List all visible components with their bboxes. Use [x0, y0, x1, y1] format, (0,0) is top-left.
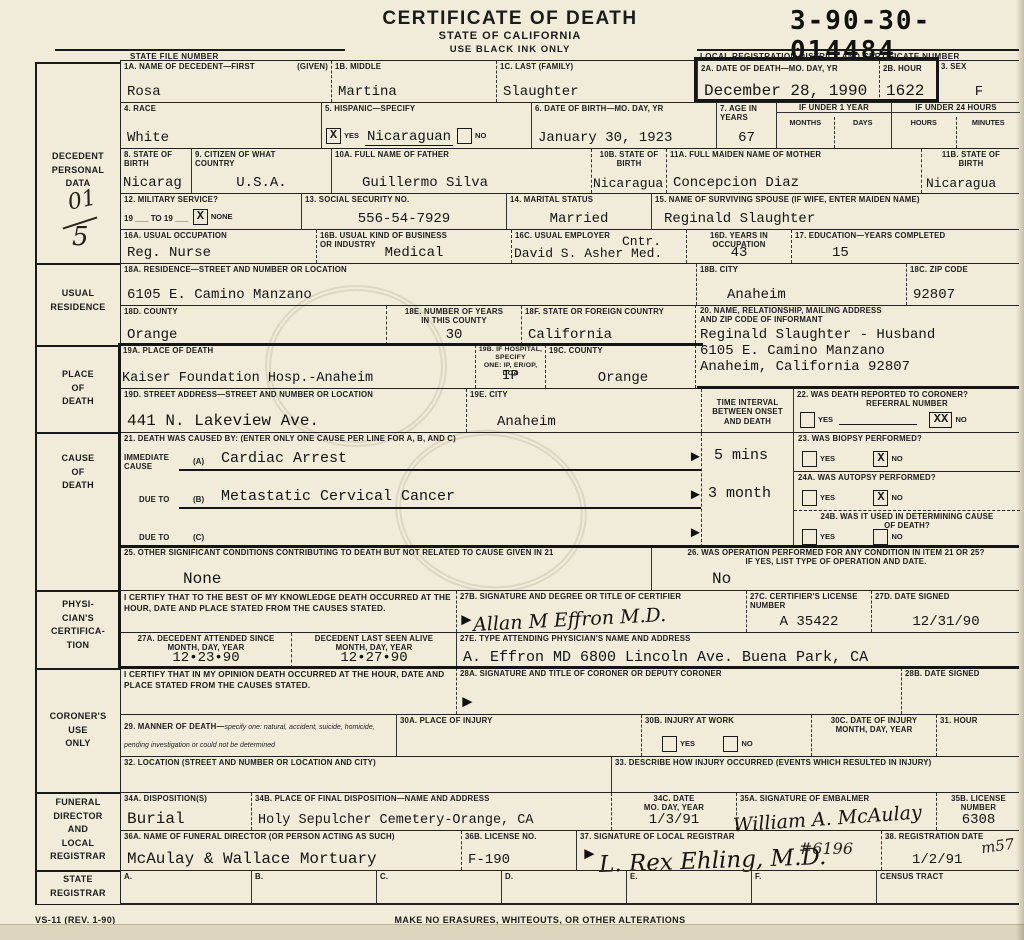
row-manner-of-death: 29. MANNER OF DEATH—specify one: natural…: [120, 714, 1019, 756]
section-label-physician-certification: PHYSI- CIAN'S CERTIFICA- TION: [36, 598, 120, 652]
section-label-decedent-data: DECEDENT PERSONAL DATA: [36, 150, 120, 191]
value-informant-line3: Anaheim, California 92807: [700, 359, 1015, 375]
value-hispanic-specify: Nicaraguan: [365, 129, 453, 146]
thick-border: [118, 343, 121, 668]
military-years: 19 ___ TO 19 ___: [124, 214, 188, 223]
row-place-of-death: 19A. PLACE OF DEATH Kaiser Foundation Ho…: [120, 345, 702, 388]
biopsy-yes-checkbox: [802, 451, 817, 467]
label-34a: 34A. DISPOSITION(S): [124, 794, 248, 803]
label-36a: 36A. NAME OF FUNERAL DIRECTOR (OR PERSON…: [124, 832, 458, 841]
cause-b-underline: [179, 507, 701, 509]
section-label-state-registrar: STATE REGISTRAR: [36, 873, 120, 900]
label-1a-given: (GIVEN): [297, 62, 328, 71]
label-13: 13. SOCIAL SECURITY NO.: [305, 195, 503, 204]
field-7-age: 7. AGE IN YEARS 67: [716, 103, 776, 148]
thick-border: [118, 343, 703, 346]
value-date-signed: 12/31/90: [872, 614, 1020, 630]
value-certifier-license: A 35422: [747, 614, 871, 630]
field-16c-employer: 16C. USUAL EMPLOYER Cntr. David S. Asher…: [511, 230, 686, 263]
field-35b-embalmer-license: 35B. LICENSE NUMBER 6308: [936, 793, 1020, 830]
label-6: 6. DATE OF BIRTH—MO. DAY, YR: [535, 104, 713, 113]
label-under-1-year: IF UNDER 1 YEAR: [777, 103, 891, 113]
label-hours: HOURS: [892, 117, 956, 148]
field-30c-date-of-injury: 30C. DATE OF INJURY MONTH, DAY, YEAR: [811, 715, 936, 756]
value-race: White: [127, 130, 169, 146]
label-8: 8. STATE OF BIRTH: [124, 150, 188, 169]
field-18f-state: 18F. STATE OR FOREIGN COUNTRY California: [521, 306, 696, 345]
label-18f: 18F. STATE OR FOREIGN COUNTRY: [525, 307, 693, 316]
value-director-license: F-190: [468, 852, 510, 868]
label-months: MONTHS: [777, 117, 834, 148]
value-residence-street: 6105 E. Camino Manzano: [127, 287, 312, 303]
value-mother-name: Concepcion Diaz: [673, 175, 799, 191]
label-32: 32. LOCATION (STREET AND NUMBER OR LOCAT…: [124, 758, 608, 767]
thick-border: [697, 386, 1019, 389]
handwritten-mark: 5: [72, 222, 89, 252]
military-none-label: NONE: [211, 212, 233, 221]
value-occupation: Reg. Nurse: [127, 245, 211, 261]
field-9-citizen: 9. CITIZEN OF WHAT COUNTRY U.S.A.: [191, 149, 331, 193]
field-under-1-year: IF UNDER 1 YEAR MONTHSDAYS: [776, 103, 891, 148]
label-due-to-c: DUE TO: [139, 533, 170, 542]
field-34a-disposition: 34A. DISPOSITION(S) Burial: [121, 793, 251, 830]
pointer-arrow-icon: ►: [688, 449, 703, 464]
registrar-box-c: C.: [376, 871, 501, 903]
field-8-state-of-birth: 8. STATE OF BIRTH Nicarag: [121, 149, 191, 193]
label-20: 20. NAME, RELATIONSHIP, MAILING ADDRESS …: [700, 306, 1015, 325]
row-race-birth: 4. RACE White 5. HISPANIC—SPECIFY XYESNi…: [120, 102, 1019, 148]
label-27d: 27D. DATE SIGNED: [875, 592, 1017, 601]
label-under-24-hours: IF UNDER 24 HOURS: [892, 103, 1020, 113]
autopsy-yes-label: YES: [820, 493, 835, 502]
value-citizen: U.S.A.: [192, 175, 331, 191]
value-last-name: Slaughter: [503, 84, 579, 100]
coroner-certify-text: I CERTIFY THAT IN MY OPINION DEATH OCCUR…: [124, 669, 453, 691]
coroner-no-checkbox: XX: [929, 412, 952, 428]
autopsy-yes-checkbox: [802, 490, 817, 506]
field-32-location: 32. LOCATION (STREET AND NUMBER OR LOCAT…: [121, 757, 611, 792]
field-18c-zip: 18C. ZIP CODE 92807: [906, 264, 1020, 305]
field-27c-license: 27C. CERTIFIER'S LICENSE NUMBER A 35422: [746, 591, 871, 632]
label-27c: 27C. CERTIFIER'S LICENSE NUMBER: [750, 592, 868, 611]
value-disposition: Burial: [127, 810, 185, 828]
field-under-24-hours: IF UNDER 24 HOURS HOURSMINUTES: [891, 103, 1020, 148]
label-box-b: B.: [255, 872, 373, 881]
value-place-of-death: Kaiser Foundation Hosp.-Anaheim: [122, 371, 373, 386]
field-26-operation: 26. WAS OPERATION PERFORMED FOR ANY COND…: [651, 547, 1020, 590]
field-28b-coroner-date: 28B. DATE SIGNED: [901, 668, 1020, 714]
row-occupation: 16A. USUAL OCCUPATION Reg. Nurse 16B. US…: [120, 229, 1019, 263]
field-5-hispanic: 5. HISPANIC—SPECIFY XYESNicaraguanNO: [321, 103, 531, 148]
label-immediate-cause: IMMEDIATE CAUSE: [124, 453, 169, 472]
value-disposition-date: 1/3/91: [612, 812, 736, 828]
registrar-box-d: D.: [501, 871, 626, 903]
field-34c-disposition-date: 34C. DATE MO. DAY, YEAR 1/3/91: [611, 793, 736, 830]
label-line-a: (A): [193, 457, 204, 466]
value-death-county: Orange: [546, 370, 700, 386]
label-days: DAYS: [834, 117, 892, 148]
registrar-box-a: A.: [121, 871, 251, 903]
pointer-arrow-icon: ►: [688, 525, 703, 540]
value-operation: No: [712, 570, 731, 588]
field-23-biopsy: 23. WAS BIOPSY PERFORMED? YES XNO: [794, 433, 1020, 471]
value-middle-name: Martina: [338, 84, 397, 100]
handwritten-mark: 01: [66, 185, 99, 215]
row-funeral-director: 36A. NAME OF FUNERAL DIRECTOR (OR PERSON…: [120, 830, 1019, 870]
paper-edge-shadow: [0, 924, 1024, 940]
label-30b: 30B. INJURY AT WORK: [645, 716, 808, 725]
label-27e: 27E. TYPE ATTENDING PHYSICIAN'S NAME AND…: [460, 634, 1017, 643]
label-3: 3. SEX: [941, 62, 1017, 71]
field-11a-mother: 11A. FULL MAIDEN NAME OF MOTHER Concepci…: [666, 149, 921, 193]
referral-number-blank: [839, 414, 917, 425]
field-last-seen-alive: DECEDENT LAST SEEN ALIVE MONTH, DAY, YEA…: [291, 633, 456, 668]
value-years-occupation: 43: [687, 245, 791, 261]
autopsy-used-no-label: NO: [891, 532, 902, 541]
field-24b-autopsy-used: 24B. WAS IT USED IN DETERMINING CAUSE OF…: [794, 510, 1020, 548]
label-1a: 1A. NAME OF DECEDENT—FIRST: [124, 62, 255, 71]
row-other-conditions: 25. OTHER SIGNIFICANT CONDITIONS CONTRIB…: [120, 547, 1019, 590]
field-4-race: 4. RACE White: [121, 103, 321, 148]
value-years-in-county: 30: [387, 327, 521, 343]
pointer-arrow-icon: ►: [581, 845, 598, 862]
section-label-cause-of-death: CAUSE OF DEATH: [36, 452, 120, 493]
section-label-usual-residence: USUAL RESIDENCE: [36, 287, 120, 314]
value-education: 15: [832, 245, 849, 261]
value-physician-name-address: A. Effron MD 6800 Lincoln Ave. Buena Par…: [463, 649, 868, 666]
hispanic-no-label: NO: [475, 131, 486, 140]
field-19e-death-city: 19E. CITY Anaheim: [466, 389, 701, 432]
field-14-marital: 14. MARITAL STATUS Married: [506, 194, 651, 229]
value-state: California: [528, 327, 612, 343]
field-31-hour: 31. HOUR: [936, 715, 1020, 756]
row-physician-dates: 27A. DECEDENT ATTENDED SINCE MONTH, DAY,…: [120, 632, 1019, 668]
label-19a: 19A. PLACE OF DEATH: [123, 346, 472, 355]
field-34b-place-of-disposition: 34B. PLACE OF FINAL DISPOSITION—NAME AND…: [251, 793, 611, 830]
label-19e: 19E. CITY: [470, 390, 698, 399]
field-30a-place-of-injury: 30A. PLACE OF INJURY: [396, 715, 641, 756]
row-military-ssn: 12. MILITARY SERVICE? 19 ___ TO 19 ___ X…: [120, 193, 1019, 229]
value-informant-line1: Reginald Slaughter - Husband: [700, 327, 1015, 343]
field-18a-residence-street: 18A. RESIDENCE—STREET AND NUMBER OR LOCA…: [121, 264, 696, 305]
field-28a-coroner-signature: 28A. SIGNATURE AND TITLE OF CORONER OR D…: [456, 668, 901, 714]
field-1b-middle-name: 1B. MIDDLE Martina: [331, 61, 496, 102]
label-1c: 1C. LAST (FAMILY): [500, 62, 694, 71]
label-18e: 18E. NUMBER OF YEARS IN THIS COUNTY: [390, 307, 518, 326]
value-sex: F: [938, 84, 1020, 100]
field-11b-mother-state: 11B. STATE OF BIRTH Nicaragua: [921, 149, 1020, 193]
cause-a-underline: [179, 469, 701, 471]
label-18d: 18D. COUNTY: [124, 307, 383, 316]
value-place-of-disposition: Holy Sepulcher Cemetery-Orange, CA: [258, 813, 533, 828]
hispanic-no-checkbox: [457, 128, 472, 144]
coroner-yes-label: YES: [818, 415, 833, 424]
value-death-street: 441 N. Lakeview Ave.: [127, 412, 319, 430]
label-34b: 34B. PLACE OF FINAL DISPOSITION—NAME AND…: [255, 794, 608, 803]
label-16a: 16A. USUAL OCCUPATION: [124, 231, 313, 240]
field-38-registration-date: 38. REGISTRATION DATE m57 1/2/91: [881, 831, 1020, 870]
field-37-registrar-signature: 37. SIGNATURE OF LOCAL REGISTRAR ► L. Re…: [576, 831, 881, 870]
census-tract-box: CENSUS TRACT: [876, 871, 1020, 903]
label-27b: 27B. SIGNATURE AND DEGREE OR TITLE OF CE…: [460, 592, 743, 601]
label-box-d: D.: [505, 872, 623, 881]
label-26: 26. WAS OPERATION PERFORMED FOR ANY COND…: [655, 548, 1017, 567]
field-16b-business: 16B. USUAL KIND OF BUSINESS OR INDUSTRY …: [316, 230, 511, 263]
label-18c: 18C. ZIP CODE: [910, 265, 1017, 274]
field-18b-city: 18B. CITY Anaheim: [696, 264, 906, 305]
field-1c-last-name: 1C. LAST (FAMILY) Slaughter: [496, 61, 697, 102]
value-ssn: 556-54-7929: [302, 211, 506, 227]
label-10b: 10B. STATE OF BIRTH: [595, 150, 663, 169]
value-embalmer-license: 6308: [937, 812, 1020, 828]
pointer-arrow-icon: ►: [459, 693, 476, 710]
label-4: 4. RACE: [124, 104, 318, 113]
field-19b-hospital-type: 19B. IF HOSPITAL, SPECIFY ONE: IP, ER/OP…: [475, 345, 545, 388]
value-registration-date: 1/2/91: [912, 852, 962, 868]
death-certificate-document: CERTIFICATE OF DEATH STATE OF CALIFORNIA…: [0, 0, 1024, 940]
value-funeral-director: McAulay & Wallace Mortuary: [127, 850, 377, 868]
label-18a: 18A. RESIDENCE—STREET AND NUMBER OR LOCA…: [124, 265, 693, 274]
label-34c: 34C. DATE MO. DAY, YEAR: [615, 794, 733, 813]
label-19c: 19C. COUNTY: [549, 346, 697, 355]
field-10a-father: 10A. FULL NAME OF FATHER Guillermo Silva: [331, 149, 591, 193]
label-box-f: F.: [755, 872, 873, 881]
label-box-a: A.: [124, 872, 248, 881]
value-cause-b: Metastatic Cervical Cancer: [221, 488, 455, 505]
hispanic-yes-label: YES: [344, 131, 359, 140]
registrar-box-b: B.: [251, 871, 376, 903]
label-19d: 19D. STREET ADDRESS—STREET AND NUMBER OR…: [124, 390, 463, 399]
row-disposition: 34A. DISPOSITION(S) Burial 34B. PLACE OF…: [120, 792, 1019, 830]
field-18d-county: 18D. COUNTY Orange: [121, 306, 386, 345]
field-27b-certifier-signature: 27B. SIGNATURE AND DEGREE OR TITLE OF CE…: [456, 591, 746, 632]
value-county: Orange: [127, 327, 177, 343]
label-time-interval: TIME INTERVAL BETWEEN ONSET AND DEATH: [705, 398, 790, 426]
field-22-reported-to-coroner: 22. WAS DEATH REPORTED TO CORONER? REFER…: [793, 389, 1020, 432]
field-25-other-conditions: 25. OTHER SIGNIFICANT CONDITIONS CONTRIB…: [121, 547, 651, 590]
field-12-military: 12. MILITARY SERVICE? 19 ___ TO 19 ___ X…: [121, 194, 301, 229]
field-27d-date-signed: 27D. DATE SIGNED 12/31/90: [871, 591, 1020, 632]
label-30c: 30C. DATE OF INJURY MONTH, DAY, YEAR: [815, 716, 933, 735]
physician-certify-text: I CERTIFY THAT TO THE BEST OF MY KNOWLED…: [124, 592, 453, 614]
thick-border: [118, 545, 1019, 548]
label-31: 31. HOUR: [940, 716, 1017, 725]
injury-work-yes-label: YES: [680, 739, 695, 748]
label-14: 14. MARITAL STATUS: [510, 195, 648, 204]
handwritten-registrar-number: #6196: [799, 839, 853, 858]
document-subtitle: STATE OF CALIFORNIA: [300, 30, 720, 42]
value-attended-since: 12•23•90: [121, 650, 291, 666]
label-7: 7. AGE IN YEARS: [720, 104, 773, 123]
value-zip: 92807: [913, 287, 955, 303]
autopsy-no-label: NO: [891, 493, 902, 502]
date-of-death-highlight-box: [694, 57, 939, 102]
field-27a-attended-since: 27A. DECEDENT ATTENDED SINCE MONTH, DAY,…: [121, 633, 291, 668]
ink-instruction: USE BLACK INK ONLY: [300, 44, 720, 55]
label-18b: 18B. CITY: [700, 265, 903, 274]
row-death-address: 19D. STREET ADDRESS—STREET AND NUMBER OR…: [120, 388, 1019, 432]
registrar-box-f: F.: [751, 871, 876, 903]
label-box-e: E.: [630, 872, 748, 881]
thick-border: [118, 666, 1019, 669]
label-35b: 35B. LICENSE NUMBER: [940, 794, 1017, 813]
coroner-no-label: NO: [955, 415, 966, 424]
field-36b-director-license: 36B. LICENSE NO. F-190: [461, 831, 576, 870]
value-father-name: Guillermo Silva: [362, 175, 488, 191]
field-35a-embalmer-signature: 35A. SIGNATURE OF EMBALMER William A. Mc…: [736, 793, 936, 830]
label-28b: 28B. DATE SIGNED: [905, 669, 1017, 678]
autopsy-no-checkbox: X: [873, 490, 888, 506]
label-28a: 28A. SIGNATURE AND TITLE OF CORONER OR D…: [460, 669, 898, 678]
label-29: 29. MANNER OF DEATH—: [124, 722, 224, 731]
coroner-yes-checkbox: [800, 412, 815, 428]
field-19a-place-of-death: 19A. PLACE OF DEATH Kaiser Foundation Ho…: [120, 345, 475, 388]
field-29-manner: 29. MANNER OF DEATH—specify one: natural…: [121, 715, 396, 756]
value-spouse: Reginald Slaughter: [664, 211, 815, 227]
physician-statement: I CERTIFY THAT TO THE BEST OF MY KNOWLED…: [121, 591, 456, 632]
value-interval-b: 3 month: [708, 485, 771, 502]
value-date-of-birth: January 30, 1923: [538, 130, 672, 146]
value-informant-line2: 6105 E. Camino Manzano: [700, 343, 1015, 359]
pointer-arrow-icon: ►: [688, 487, 703, 502]
injury-work-yes-checkbox: [662, 736, 677, 752]
autopsy-used-yes-label: YES: [820, 532, 835, 541]
label-15: 15. NAME OF SURVIVING SPOUSE (IF WIFE, E…: [655, 195, 1017, 204]
field-18e-years-in-county: 18E. NUMBER OF YEARS IN THIS COUNTY 30: [386, 306, 521, 345]
interval-values-column: ► 5 mins ► 3 month ►: [701, 433, 793, 547]
section-label-funeral-director: FUNERAL DIRECTOR AND LOCAL REGISTRAR: [36, 796, 120, 864]
field-30b-injury-at-work: 30B. INJURY AT WORK YES NO: [641, 715, 811, 756]
document-title: CERTIFICATE OF DEATH: [300, 8, 720, 30]
biopsy-no-label: NO: [891, 454, 902, 463]
label-11a: 11A. FULL MAIDEN NAME OF MOTHER: [670, 150, 918, 159]
label-line-b: (B): [193, 495, 204, 504]
injury-work-no-checkbox: [723, 736, 738, 752]
value-interval-a: 5 mins: [714, 447, 768, 464]
field-16a-occupation: 16A. USUAL OCCUPATION Reg. Nurse: [121, 230, 316, 263]
field-20-informant: 20. NAME, RELATIONSHIP, MAILING ADDRESS …: [695, 305, 1019, 388]
field-17-education: 17. EDUCATION—YEARS COMPLETED 15: [791, 230, 1020, 263]
field-3-sex: 3. SEX F: [937, 61, 1020, 102]
label-11b: 11B. STATE OF BIRTH: [925, 150, 1017, 169]
label-24a: 24A. WAS AUTOPSY PERFORMED?: [798, 473, 1016, 482]
hispanic-yes-checkbox: X: [326, 128, 341, 144]
label-1b: 1B. MIDDLE: [335, 62, 493, 71]
label-census-tract: CENSUS TRACT: [880, 872, 1017, 881]
value-mother-state: Nicaragua: [926, 176, 996, 191]
row-parents: 8. STATE OF BIRTH Nicarag 9. CITIZEN OF …: [120, 148, 1019, 193]
label-25: 25. OTHER SIGNIFICANT CONDITIONS CONTRIB…: [124, 548, 648, 557]
field-33-describe-injury: 33. DESCRIBE HOW INJURY OCCURRED (EVENTS…: [611, 757, 1020, 792]
row-coroner-certification: I CERTIFY THAT IN MY OPINION DEATH OCCUR…: [120, 668, 1019, 714]
field-10b-father-state: 10B. STATE OF BIRTH Nicaragua: [591, 149, 666, 193]
row-state-registrar: A. B. C. D. E. F. CENSUS TRACT: [120, 870, 1019, 905]
registrar-box-e: E.: [626, 871, 751, 903]
value-marital: Married: [507, 211, 651, 227]
autopsy-used-no-checkbox: [873, 529, 888, 545]
value-first-name: Rosa: [127, 84, 161, 100]
section-label-coroner-use: CORONER'S USE ONLY: [36, 710, 120, 751]
field-16d-years-occupation: 16D. YEARS IN OCCUPATION 43: [686, 230, 791, 263]
label-12: 12. MILITARY SERVICE?: [124, 195, 298, 204]
label-17: 17. EDUCATION—YEARS COMPLETED: [795, 231, 1017, 240]
value-other-conditions: None: [183, 570, 221, 588]
biopsy-autopsy-column: 23. WAS BIOPSY PERFORMED? YES XNO 24A. W…: [793, 433, 1020, 547]
field-19d-street: 19D. STREET ADDRESS—STREET AND NUMBER OR…: [121, 389, 466, 432]
value-employer-line2: David S. Asher Med.: [514, 246, 662, 261]
label-due-to-b: DUE TO: [139, 495, 170, 504]
field-15-spouse: 15. NAME OF SURVIVING SPOUSE (IF WIFE, E…: [651, 194, 1020, 229]
row-residence: 18A. RESIDENCE—STREET AND NUMBER OR LOCA…: [120, 263, 1019, 305]
biopsy-yes-label: YES: [820, 454, 835, 463]
coroner-statement: I CERTIFY THAT IN MY OPINION DEATH OCCUR…: [121, 668, 456, 714]
value-state-of-birth: Nicarag: [123, 175, 182, 191]
label-22-referral: REFERRAL NUMBER: [797, 399, 1017, 408]
field-13-ssn: 13. SOCIAL SECURITY NO. 556-54-7929: [301, 194, 506, 229]
label-21: 21. DEATH WAS CAUSED BY: (ENTER ONLY ONE…: [124, 434, 698, 443]
label-10a: 10A. FULL NAME OF FATHER: [335, 150, 588, 159]
handwritten-registration-note: m57: [980, 835, 1015, 857]
label-5: 5. HISPANIC—SPECIFY: [325, 104, 528, 113]
label-30a: 30A. PLACE OF INJURY: [400, 716, 638, 725]
value-age: 67: [717, 130, 776, 146]
injury-work-no-label: NO: [741, 739, 752, 748]
label-minutes: MINUTES: [956, 117, 1021, 148]
label-36b: 36B. LICENSE NO.: [465, 832, 573, 841]
time-interval-header: TIME INTERVAL BETWEEN ONSET AND DEATH: [701, 389, 793, 432]
label-box-c: C.: [380, 872, 498, 881]
label-33: 33. DESCRIBE HOW INJURY OCCURRED (EVENTS…: [615, 758, 1017, 767]
label-9: 9. CITIZEN OF WHAT COUNTRY: [195, 150, 328, 169]
value-death-city: Anaheim: [497, 414, 556, 430]
value-cause-a: Cardiac Arrest: [221, 450, 347, 467]
section-label-place-of-death: PLACE OF DEATH: [36, 368, 120, 409]
autopsy-used-yes-checkbox: [802, 529, 817, 545]
label-line-c: (C): [193, 533, 204, 542]
value-residence-city: Anaheim: [727, 287, 786, 303]
value-last-seen: 12•27•90: [292, 650, 456, 666]
field-21-causes: 21. DEATH WAS CAUSED BY: (ENTER ONLY ONE…: [121, 433, 701, 547]
value-father-state: Nicaragua: [593, 176, 663, 191]
label-23: 23. WAS BIOPSY PERFORMED?: [798, 434, 1016, 443]
military-none-checkbox: X: [193, 209, 208, 225]
field-36a-funeral-director: 36A. NAME OF FUNERAL DIRECTOR (OR PERSON…: [121, 831, 461, 870]
label-22: 22. WAS DEATH REPORTED TO CORONER?: [797, 390, 1017, 399]
field-27e-physician-name-address: 27E. TYPE ATTENDING PHYSICIAN'S NAME AND…: [456, 633, 1020, 668]
field-1a-first-name: 1A. NAME OF DECEDENT—FIRST(GIVEN) Rosa: [121, 61, 331, 102]
field-24a-autopsy: 24A. WAS AUTOPSY PERFORMED? YES XNO: [794, 471, 1020, 510]
field-6-date-of-birth: 6. DATE OF BIRTH—MO. DAY, YR January 30,…: [531, 103, 716, 148]
value-hospital-type: IP: [476, 368, 545, 384]
row-physician-certification: I CERTIFY THAT TO THE BEST OF MY KNOWLED…: [120, 590, 1019, 632]
row-injury-location: 32. LOCATION (STREET AND NUMBER OR LOCAT…: [120, 756, 1019, 792]
value-business: Medical: [317, 245, 511, 261]
field-19c-death-county: 19C. COUNTY Orange: [545, 345, 700, 388]
row-cause-of-death: 21. DEATH WAS CAUSED BY: (ENTER ONLY ONE…: [120, 432, 1019, 547]
biopsy-no-checkbox: X: [873, 451, 888, 467]
